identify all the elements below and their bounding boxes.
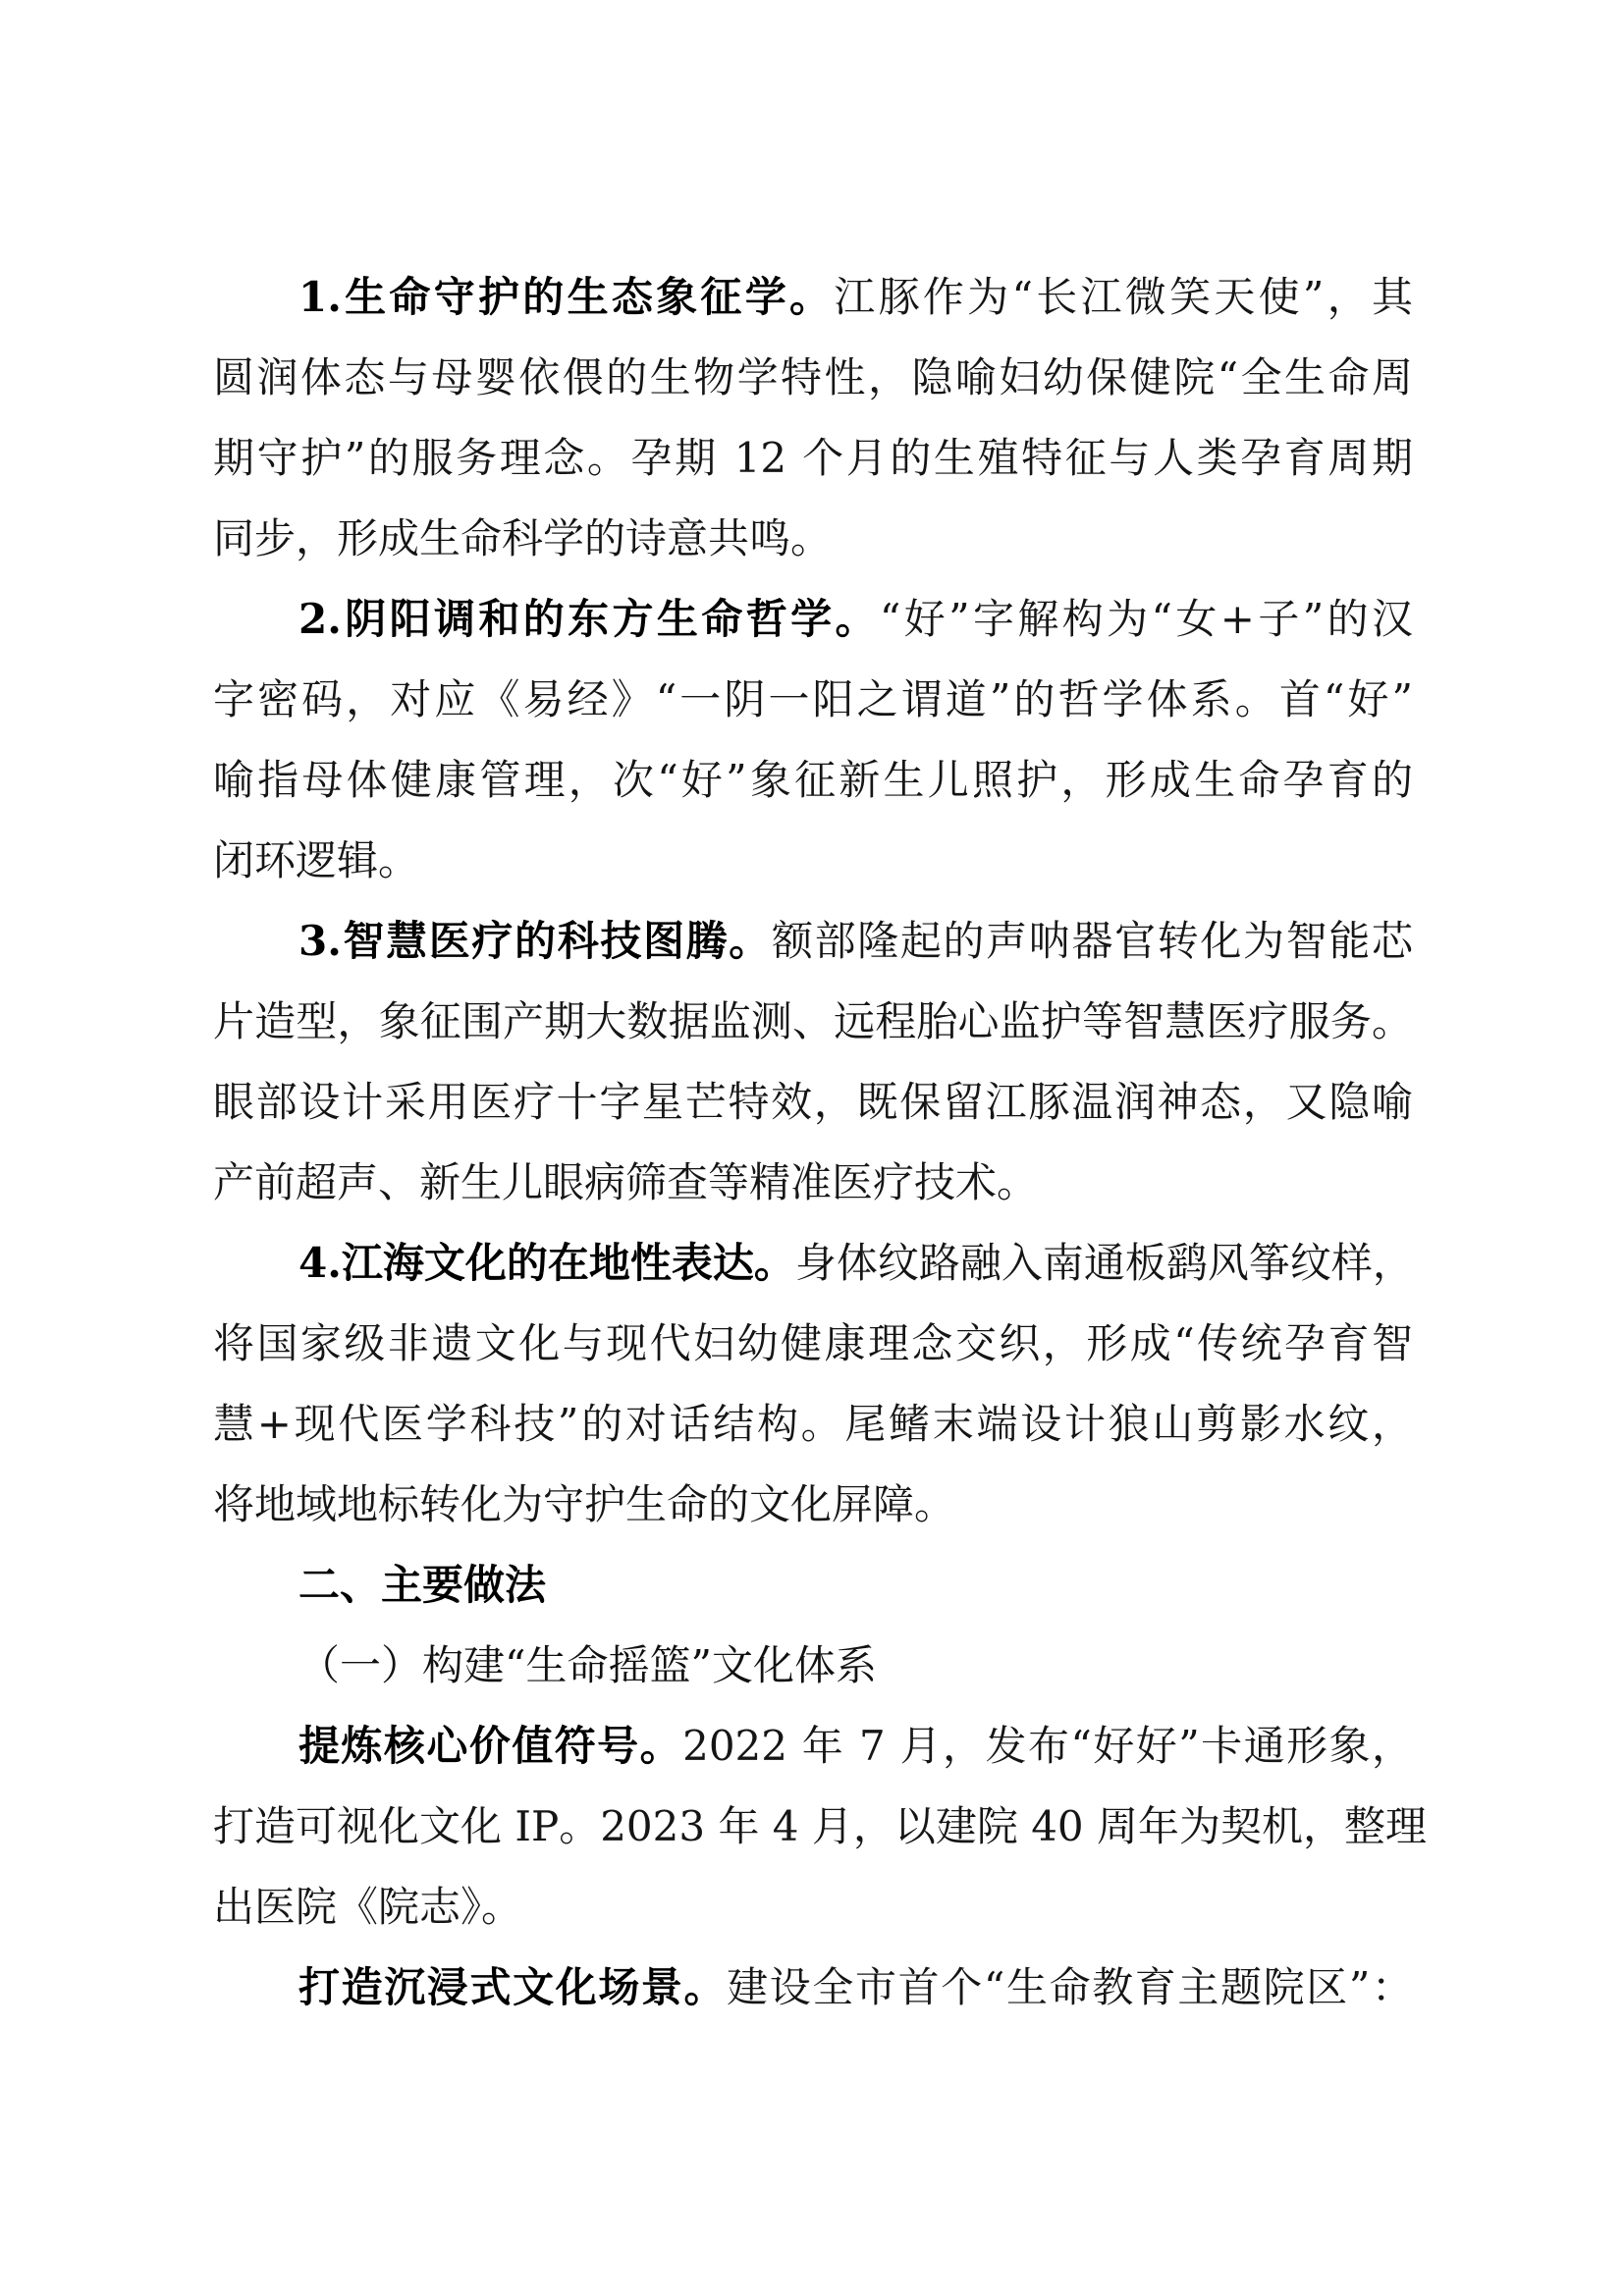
text-line: 打造沉浸式文化场景。建设全市首个“生命教育主题院区”： <box>213 1948 1413 2028</box>
text-line: 闭环逻辑。 <box>213 821 1413 901</box>
paragraph-text: “好”字解构为“女+子”的汉 <box>880 595 1413 643</box>
text-line: 字密码，对应《易经》“一阴一阳之谓道”的哲学体系。首“好” <box>213 660 1413 740</box>
text-line: 喻指母体健康管理，次“好”象征新生儿照护，形成生命孕育的 <box>213 740 1413 821</box>
paragraph-lead: 2.阴阳调和的东方生命哲学。 <box>298 595 880 643</box>
paragraph-lead: 3.智慧医疗的科技图腾。 <box>298 917 772 965</box>
text-line: 将国家级非遗文化与现代妇幼健康理念交织，形成“传统孕育智 <box>213 1304 1413 1384</box>
text-line: 眼部设计采用医疗十字星芒特效，既保留江豚温润神态，又隐喻 <box>213 1062 1413 1143</box>
subsection-heading: （一）构建“生命摇篮”文化体系 <box>213 1626 1413 1706</box>
paragraph-lead: 4.江海文化的在地性表达。 <box>298 1239 795 1287</box>
text-line: 同步，形成生命科学的诗意共鸣。 <box>213 499 1413 579</box>
paragraph-lead: 1.生命守护的生态象征学。 <box>298 273 834 321</box>
paragraph-ecological-symbolism: 1.生命守护的生态象征学。江豚作为“长江微笑天使”，其 圆润体态与母婴依偎的生物… <box>213 257 1413 579</box>
paragraph-text: 江豚作为“长江微笑天使”，其 <box>834 273 1413 321</box>
paragraph-local-culture: 4.江海文化的在地性表达。身体纹路融入南通板鹞风筝纹样， 将国家级非遗文化与现代… <box>213 1223 1413 1545</box>
paragraph-smart-medical-totem: 3.智慧医疗的科技图腾。额部隆起的声呐器官转化为智能芯 片造型，象征围产期大数据… <box>213 901 1413 1223</box>
text-line: 3.智慧医疗的科技图腾。额部隆起的声呐器官转化为智能芯 <box>213 901 1413 982</box>
text-line: 将地域地标转化为守护生命的文化屏障。 <box>213 1465 1413 1545</box>
paragraph-lead: 打造沉浸式文化场景。 <box>298 1963 727 2011</box>
document-body: 1.生命守护的生态象征学。江豚作为“长江微笑天使”，其 圆润体态与母婴依偎的生物… <box>213 257 1413 2028</box>
text-line: 4.江海文化的在地性表达。身体纹路融入南通板鹞风筝纹样， <box>213 1223 1413 1304</box>
text-line: 打造可视化文化 IP。2023 年 4 月，以建院 40 周年为契机，整理 <box>213 1787 1413 1867</box>
text-line: 期守护”的服务理念。孕期 12 个月的生殖特征与人类孕育周期 <box>213 418 1413 499</box>
paragraph-text: 额部隆起的声呐器官转化为智能芯 <box>772 917 1413 965</box>
paragraph-yin-yang-philosophy: 2.阴阳调和的东方生命哲学。“好”字解构为“女+子”的汉 字密码，对应《易经》“… <box>213 579 1413 901</box>
document-page: 1.生命守护的生态象征学。江豚作为“长江微笑天使”，其 圆润体态与母婴依偎的生物… <box>0 0 1624 2296</box>
text-line: 1.生命守护的生态象征学。江豚作为“长江微笑天使”，其 <box>213 257 1413 338</box>
section-heading: 二、主要做法 <box>213 1545 1413 1626</box>
paragraph-text: 身体纹路融入南通板鹞风筝纹样， <box>795 1239 1414 1287</box>
paragraph-text: 2022 年 7 月，发布“好好”卡通形象， <box>682 1722 1413 1770</box>
paragraph-lead: 提炼核心价值符号。 <box>298 1722 682 1770</box>
text-line: 慧+现代医学科技”的对话结构。尾鳍末端设计狼山剪影水纹， <box>213 1384 1413 1465</box>
text-line: 片造型，象征围产期大数据监测、远程胎心监护等智慧医疗服务。 <box>213 982 1413 1062</box>
text-line: 提炼核心价值符号。2022 年 7 月，发布“好好”卡通形象， <box>213 1706 1413 1787</box>
text-line: 圆润体态与母婴依偎的生物学特性，隐喻妇幼保健院“全生命周 <box>213 338 1413 418</box>
paragraph-core-value-symbol: 提炼核心价值符号。2022 年 7 月，发布“好好”卡通形象， 打造可视化文化 … <box>213 1706 1413 1948</box>
text-line: 产前超声、新生儿眼病筛查等精准医疗技术。 <box>213 1143 1413 1223</box>
text-line: 出医院《院志》。 <box>213 1867 1413 1948</box>
paragraph-text: 建设全市首个“生命教育主题院区”： <box>727 1963 1413 2011</box>
paragraph-immersive-scene: 打造沉浸式文化场景。建设全市首个“生命教育主题院区”： <box>213 1948 1413 2028</box>
text-line: 2.阴阳调和的东方生命哲学。“好”字解构为“女+子”的汉 <box>213 579 1413 660</box>
